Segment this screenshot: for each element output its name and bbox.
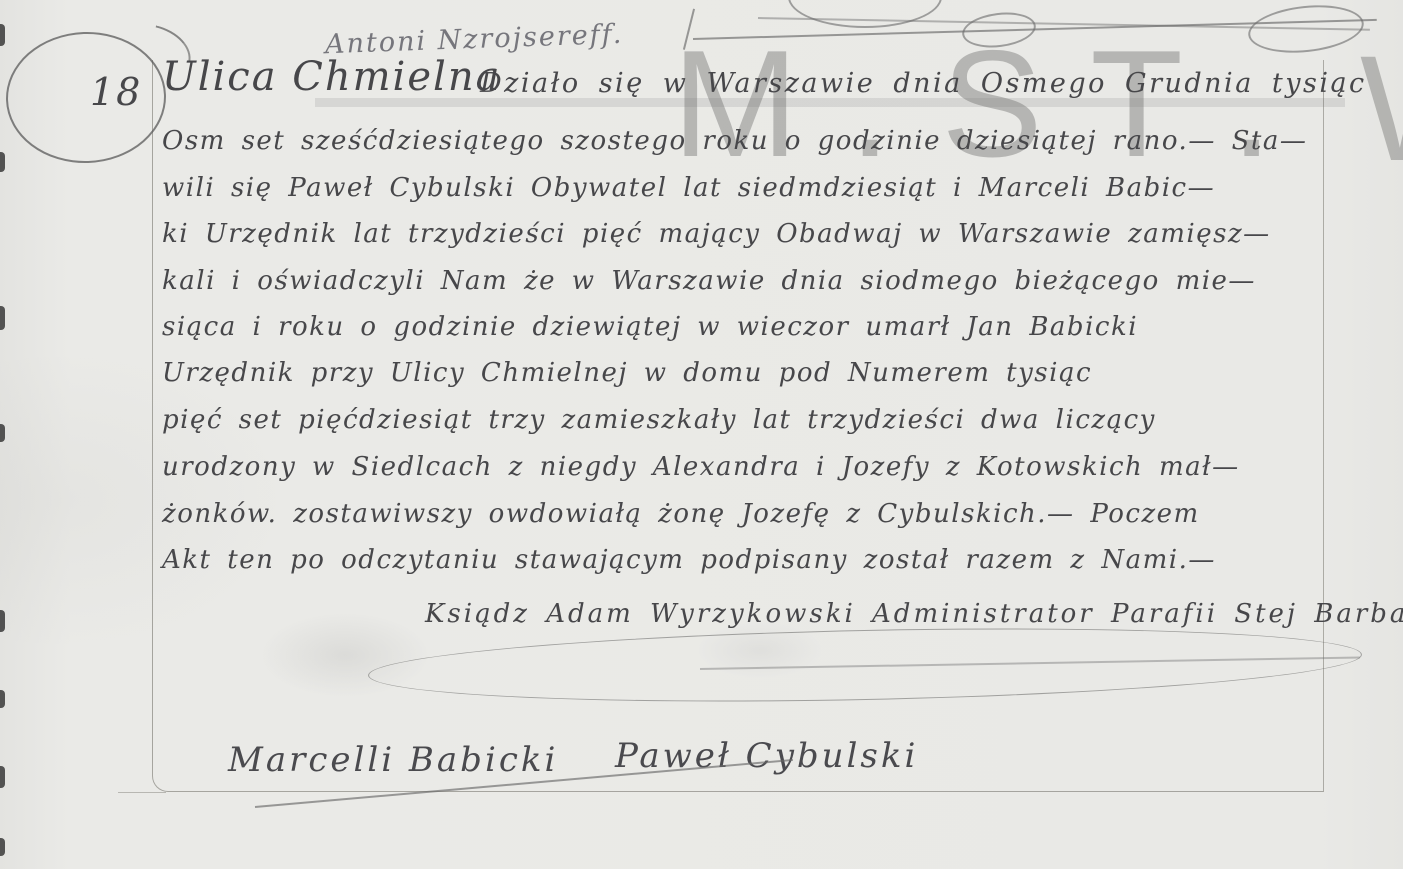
margin-heading-street: Ulica Chmielna: [162, 54, 501, 100]
officiant-signature: Ksiądz Adam Wyrzykowski Administrator Pa…: [425, 599, 1403, 629]
scan-edge-artifact: [0, 306, 5, 330]
record-text-line: Urzędnik przy Ulicy Chmielnej w domu pod…: [162, 358, 1092, 388]
record-text-line: kali i oświadczyli Nam że w Warszawie dn…: [162, 266, 1256, 296]
record-text-line: wili się Paweł Cybulski Obywatel lat sie…: [162, 173, 1215, 203]
scan-edge-artifact: [0, 838, 5, 856]
record-text-line: urodzony w Siedlcach z niegdy Alexandra …: [162, 452, 1240, 482]
scan-edge-artifact: [0, 766, 5, 788]
record-text-line: pięć set pięćdziesiąt trzy zamieszkały l…: [162, 405, 1156, 435]
record-text-line: siąca i roku o godzinie dziewiątej w wie…: [162, 312, 1138, 342]
scan-edge-artifact: [0, 690, 5, 708]
scan-edge-artifact: [0, 24, 5, 46]
record-text-line: ki Urzędnik lat trzydzieści pięć mający …: [162, 219, 1271, 249]
record-frame-bottom-extension: [118, 792, 166, 793]
record-text-line: Osm set sześćdziesiątego szostego roku o…: [162, 126, 1307, 156]
record-text-line: Akt ten po odczytaniu stawającym podpisa…: [162, 545, 1216, 575]
record-text-line: żonków. zostawiwszy owdowiałą żonę Jozef…: [162, 499, 1200, 529]
witness-signature-babicki: Marcelli Babicki: [228, 740, 558, 780]
scanned-death-record-page: ARCHIWUM M . S T . W 18 Ulica Chmielna A…: [0, 0, 1403, 869]
record-number: 18: [90, 70, 142, 114]
record-text-line: Działo się w Warszawie dnia Osmego Grudn…: [480, 68, 1367, 99]
scan-edge-artifact: [0, 152, 5, 172]
archive-watermark-right: W: [1360, 33, 1403, 183]
pencil-annotation: Antoni Nzrojsereff.: [325, 19, 624, 60]
scan-edge-artifact: [0, 610, 5, 632]
scan-edge-artifact: [0, 424, 5, 442]
record-number-oval: [4, 29, 168, 166]
